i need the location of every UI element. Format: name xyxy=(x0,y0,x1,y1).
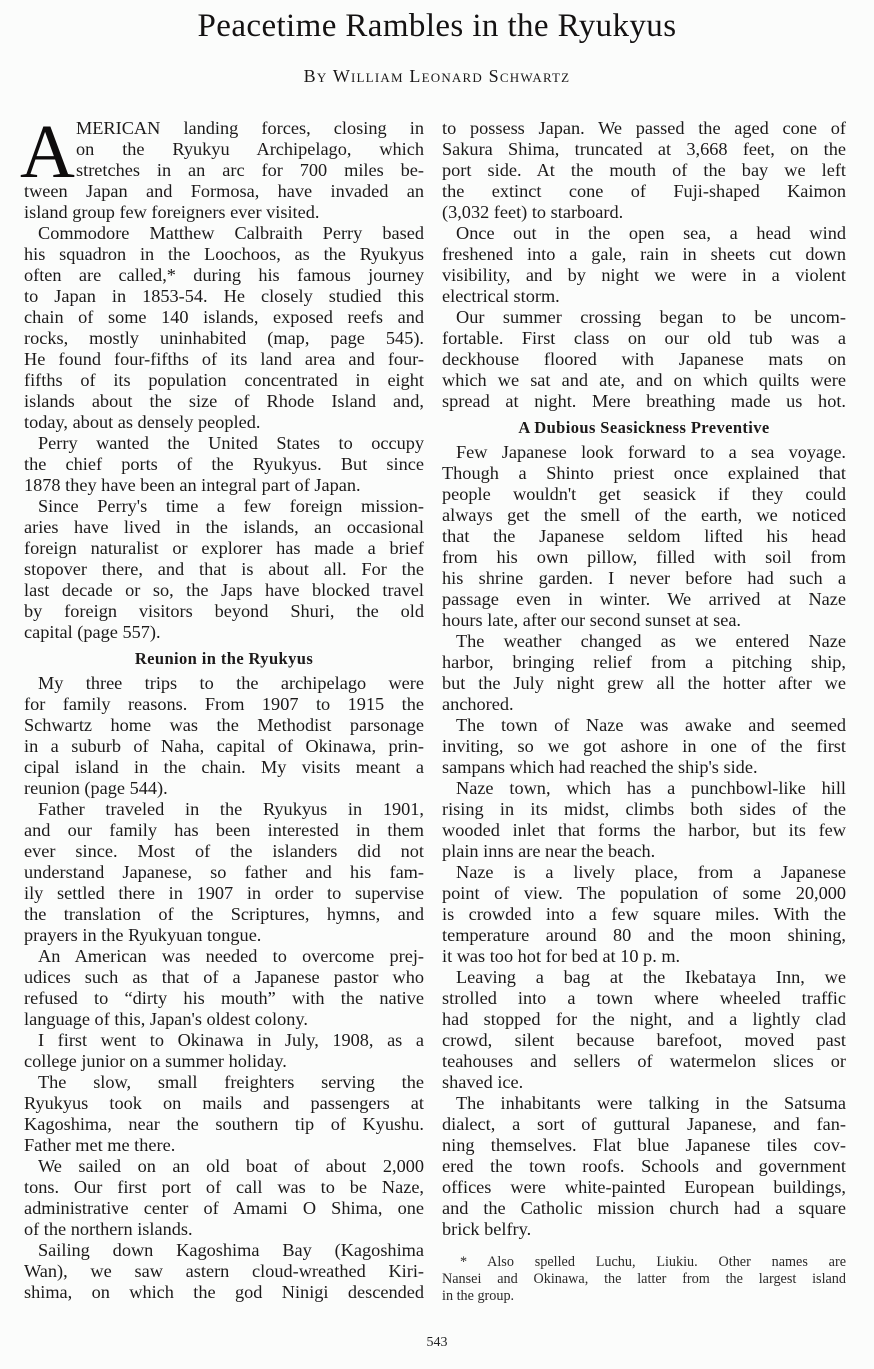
text-line: to possess Japan. We passed the aged con… xyxy=(442,118,846,139)
text-line: often are called,* during his famous jou… xyxy=(24,265,424,286)
text-line: anchored. xyxy=(442,694,846,715)
drop-cap: A xyxy=(20,114,75,190)
text-line: Kagoshima, near the southern tip of Kyus… xyxy=(24,1114,424,1135)
text-line: the chief ports of the Ryukyus. But sinc… xyxy=(24,454,424,475)
text-line: for family reasons. From 1907 to 1915 th… xyxy=(24,694,424,715)
text-line: shaved ice. xyxy=(442,1072,846,1093)
text-line: harbor, bringing relief from a pitching … xyxy=(442,652,846,673)
text-line: by foreign visitors beyond Shuri, the ol… xyxy=(24,601,424,622)
text-line: islands about the size of Rhode Island a… xyxy=(24,391,424,412)
text-line: Father traveled in the Ryukyus in 1901, xyxy=(24,799,424,820)
byline: By William Leonard Schwartz xyxy=(0,66,874,87)
footnote-line: Nansei and Okinawa, the latter from the … xyxy=(442,1271,846,1288)
text-line: Naze is a lively place, from a Japanese xyxy=(442,862,846,883)
text-line: plain inns are near the beach. xyxy=(442,841,846,862)
text-line: administrative center of Amami O Shima, … xyxy=(24,1198,424,1219)
text-line: udices such as that of a Japanese pastor… xyxy=(24,967,424,988)
text-line: We sailed on an old boat of about 2,000 xyxy=(24,1156,424,1177)
opening-paragraph: A MERICAN landing forces, closing in on … xyxy=(24,118,424,223)
text-line: Sakura Shima, truncated at 3,668 feet, o… xyxy=(442,139,846,160)
text-line: electrical storm. xyxy=(442,286,846,307)
text-line: passage even in winter. We arrived at Na… xyxy=(442,589,846,610)
text-line: An American was needed to overcome prej- xyxy=(24,946,424,967)
text-line: last decade or so, the Japs have blocked… xyxy=(24,580,424,601)
text-line: of the northern islands. xyxy=(24,1219,424,1240)
text-line: ily settled there in 1907 in order to su… xyxy=(24,883,424,904)
text-line: Sailing down Kagoshima Bay (Kagoshima xyxy=(24,1240,424,1261)
text-line: crowd, silent because barefoot, moved pa… xyxy=(442,1030,846,1051)
text-line: it was too hot for bed at 10 p. m. xyxy=(442,946,846,967)
text-line: reunion (page 544). xyxy=(24,778,424,799)
text-line: My three trips to the archipelago were xyxy=(24,673,424,694)
text-line: Since Perry's time a few foreign mission… xyxy=(24,496,424,517)
text-line: today, about as densely peopled. xyxy=(24,412,424,433)
text-line: sampans which had reached the ship's sid… xyxy=(442,757,846,778)
text-line: which we sat and ate, and on which quilt… xyxy=(442,370,846,391)
text-line: shima, on which the god Ninigi descended xyxy=(24,1282,424,1303)
text-line: Few Japanese look forward to a sea voyag… xyxy=(442,442,846,463)
text-line: always get the smell of the earth, we no… xyxy=(442,505,846,526)
text-line: He found four-fifths of its land area an… xyxy=(24,349,424,370)
text-line: and our family has been interested in th… xyxy=(24,820,424,841)
text-line: stopover there, and that is about all. F… xyxy=(24,559,424,580)
text-line: foreign naturalist or explorer has made … xyxy=(24,538,424,559)
text-line: deckhouse floored with Japanese mats on xyxy=(442,349,846,370)
text-line: (3,032 feet) to starboard. xyxy=(442,202,846,223)
text-line: tween Japan and Formosa, have invaded an xyxy=(24,181,424,202)
footnote: * Also spelled Luchu, Liukiu. Other name… xyxy=(442,1254,846,1305)
left-column: A MERICAN landing forces, closing in on … xyxy=(24,118,424,1303)
text-line: dialect, a sort of guttural Japanese, an… xyxy=(442,1114,846,1135)
text-line: strolled into a town where wheeled traff… xyxy=(442,988,846,1009)
text-line: in a suburb of Naha, capital of Okinawa,… xyxy=(24,736,424,757)
text-line: capital (page 557). xyxy=(24,622,424,643)
text-line: spread at night. Mere breathing made us … xyxy=(442,391,846,412)
text-line: the translation of the Scriptures, hymns… xyxy=(24,904,424,925)
text-line: 1878 they have been an integral part of … xyxy=(24,475,424,496)
text-line: teahouses and sellers of watermelon slic… xyxy=(442,1051,846,1072)
text-line: had stopped for the night, and a lightly… xyxy=(442,1009,846,1030)
section-heading: A Dubious Seasickness Preventive xyxy=(442,416,846,440)
text-line: chain of some 140 islands, exposed reefs… xyxy=(24,307,424,328)
text-line: prayers in the Ryukyuan tongue. xyxy=(24,925,424,946)
text-line: Ryukyus took on mails and passengers at xyxy=(24,1093,424,1114)
text-line: on the Ryukyu Archipelago, which xyxy=(24,139,424,160)
text-line: Leaving a bag at the Ikebataya Inn, we xyxy=(442,967,846,988)
text-line: offices were white-painted European buil… xyxy=(442,1177,846,1198)
text-line: is crowded into a few square miles. With… xyxy=(442,904,846,925)
text-line: ered the town roofs. Schools and governm… xyxy=(442,1156,846,1177)
text-line: The weather changed as we entered Naze xyxy=(442,631,846,652)
text-line: the extinct cone of Fuji-shaped Kaimon xyxy=(442,181,846,202)
text-line: to Japan in 1853-54. He closely studied … xyxy=(24,286,424,307)
article-title: Peacetime Rambles in the Ryukyus xyxy=(0,8,874,45)
text-line: MERICAN landing forces, closing in xyxy=(24,118,424,139)
text-line: Naze town, which has a punchbowl-like hi… xyxy=(442,778,846,799)
text-line: and the Catholic mission church had a sq… xyxy=(442,1198,846,1219)
text-line: his squadron in the Loochoos, as the Ryu… xyxy=(24,244,424,265)
text-line: his shrine garden. I never before had su… xyxy=(442,568,846,589)
text-line: tons. Our first port of call was to be N… xyxy=(24,1177,424,1198)
footnote-line: * Also spelled Luchu, Liukiu. Other name… xyxy=(442,1254,846,1271)
text-line: hours late, after our second sunset at s… xyxy=(442,610,846,631)
text-line: fifths of its population concentrated in… xyxy=(24,370,424,391)
text-line: The town of Naze was awake and seemed xyxy=(442,715,846,736)
text-line: aries have lived in the islands, an occa… xyxy=(24,517,424,538)
text-line: freshened into a gale, rain in sheets cu… xyxy=(442,244,846,265)
text-line: port side. At the mouth of the bay we le… xyxy=(442,160,846,181)
text-line: wooded inlet that forms the harbor, but … xyxy=(442,820,846,841)
text-line: Wan), we saw astern cloud-wreathed Kiri- xyxy=(24,1261,424,1282)
text-line: point of view. The population of some 20… xyxy=(442,883,846,904)
text-line: Our summer crossing began to be uncom- xyxy=(442,307,846,328)
text-line: visibility, and by night we were in a vi… xyxy=(442,265,846,286)
text-line: island group few foreigners ever visited… xyxy=(24,202,424,223)
text-line: Commodore Matthew Calbraith Perry based xyxy=(24,223,424,244)
text-line: college junior on a summer holiday. xyxy=(24,1051,424,1072)
text-line: but the July night grew all the hotter a… xyxy=(442,673,846,694)
text-line: from his own pillow, filled with soil fr… xyxy=(442,547,846,568)
text-line: cipal island in the chain. My visits mea… xyxy=(24,757,424,778)
text-line: Perry wanted the United States to occupy xyxy=(24,433,424,454)
text-line: rising in its midst, climbs both sides o… xyxy=(442,799,846,820)
text-line: that the Japanese seldom lifted his head xyxy=(442,526,846,547)
text-line: people wouldn't get seasick if they coul… xyxy=(442,484,846,505)
right-column: to possess Japan. We passed the aged con… xyxy=(442,118,846,1305)
text-line: Once out in the open sea, a head wind xyxy=(442,223,846,244)
footnote-line: in the group. xyxy=(442,1288,846,1305)
text-line: brick belfry. xyxy=(442,1219,846,1240)
text-line: rocks, mostly uninhabited (map, page 545… xyxy=(24,328,424,349)
text-line: The inhabitants were talking in the Sats… xyxy=(442,1093,846,1114)
text-line: understand Japanese, so father and his f… xyxy=(24,862,424,883)
text-line: ever since. Most of the islanders did no… xyxy=(24,841,424,862)
text-line: fortable. First class on our old tub was… xyxy=(442,328,846,349)
text-line: I first went to Okinawa in July, 1908, a… xyxy=(24,1030,424,1051)
text-line: temperature around 80 and the moon shini… xyxy=(442,925,846,946)
section-heading: Reunion in the Ryukyus xyxy=(24,647,424,671)
text-line: Father met me there. xyxy=(24,1135,424,1156)
text-line: stretches in an arc for 700 miles be- xyxy=(24,160,424,181)
text-line: ning themselves. Flat blue Japanese tile… xyxy=(442,1135,846,1156)
text-line: Though a Shinto priest once explained th… xyxy=(442,463,846,484)
text-line: The slow, small freighters serving the xyxy=(24,1072,424,1093)
page-number: 543 xyxy=(0,1335,874,1351)
text-line: refused to “dirty his mouth” with the na… xyxy=(24,988,424,1009)
text-line: language of this, Japan's oldest colony. xyxy=(24,1009,424,1030)
text-line: inviting, so we got ashore in one of the… xyxy=(442,736,846,757)
text-line: Schwartz home was the Methodist parsonag… xyxy=(24,715,424,736)
